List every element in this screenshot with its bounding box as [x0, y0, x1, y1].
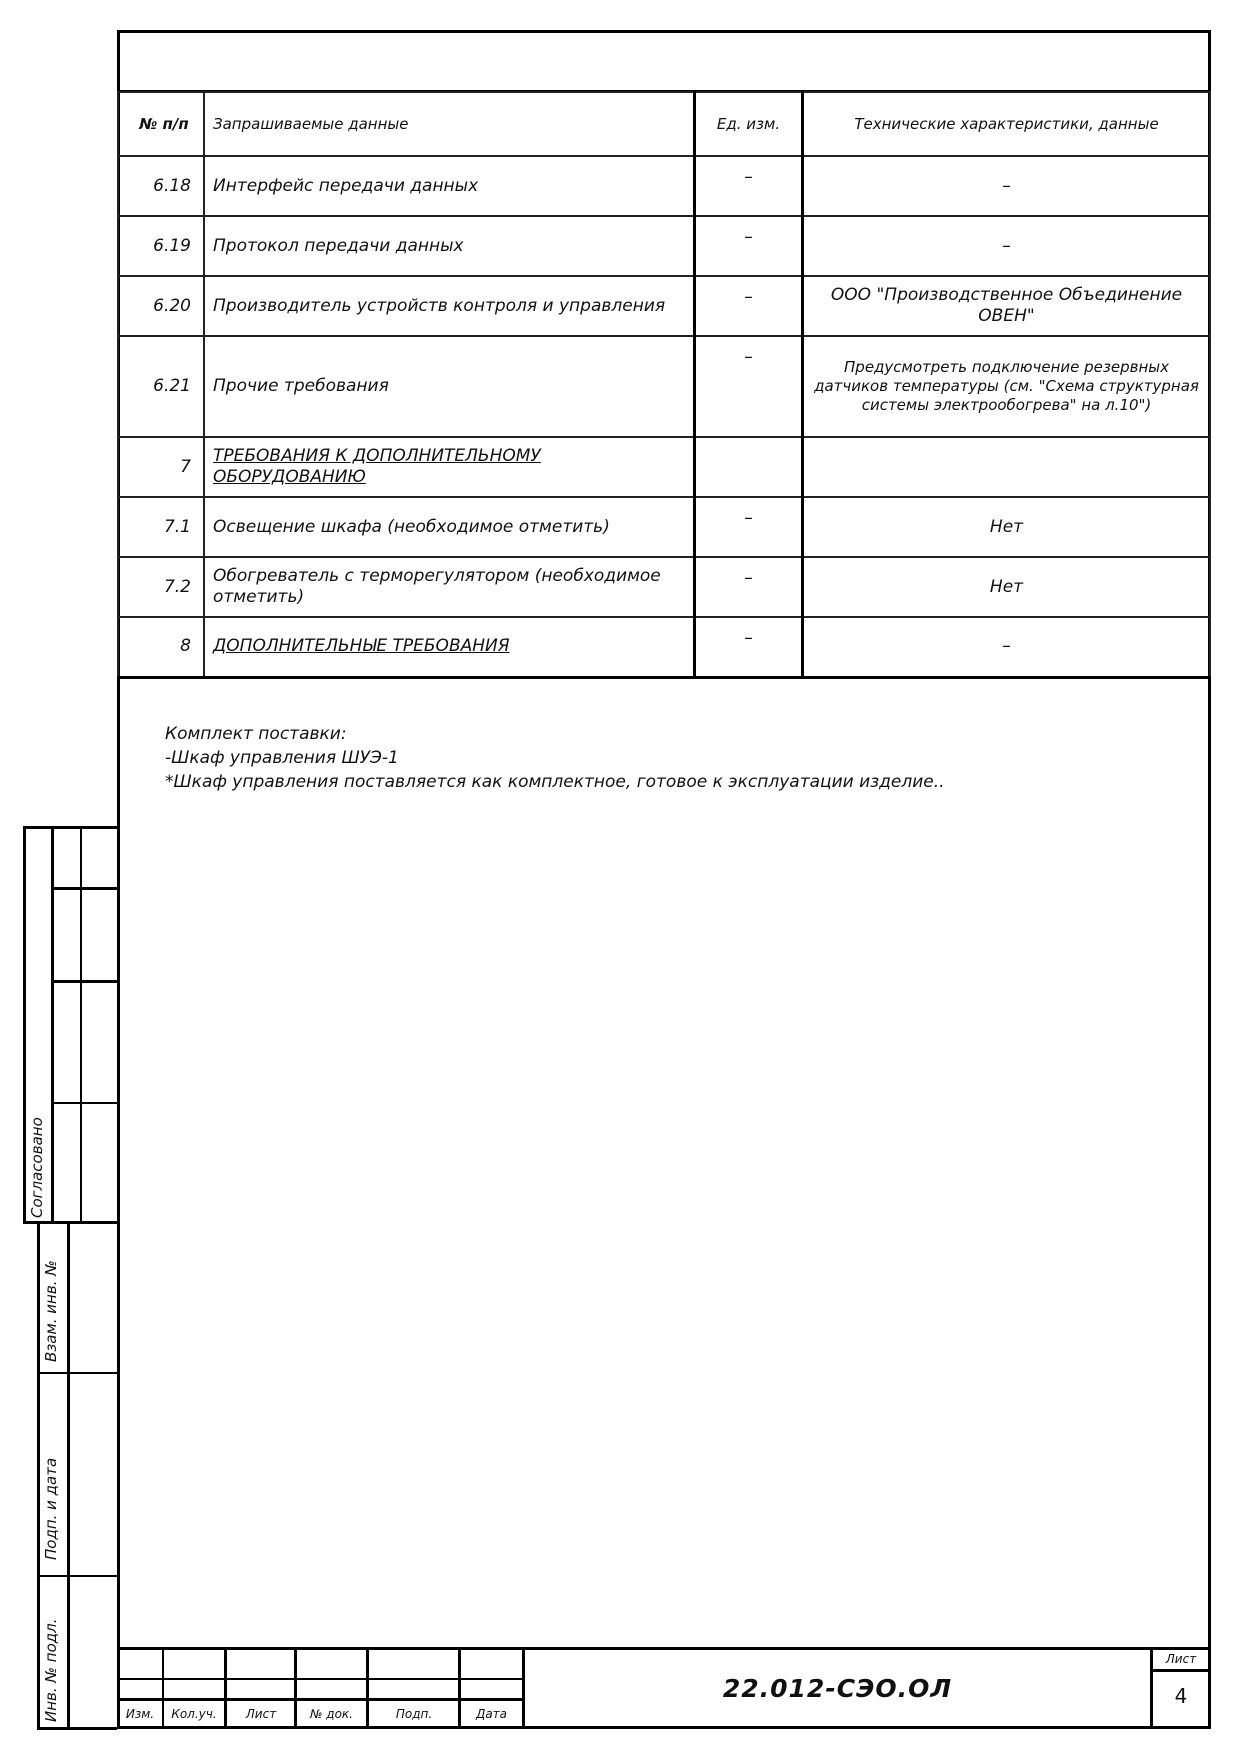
- label-doc-no: № док.: [296, 1707, 367, 1721]
- row-unit: –: [695, 276, 803, 336]
- notes-item: -Шкаф управления ШУЭ-1: [165, 746, 945, 770]
- row-spec: Нет: [803, 497, 1211, 557]
- sheet-label: Лист: [1152, 1652, 1210, 1666]
- row-unit: –: [695, 497, 803, 557]
- delivery-notes: Комплект поставки: -Шкаф управления ШУЭ-…: [165, 722, 945, 794]
- table-row: 7.2 Обогреватель с терморегулятором (нео…: [118, 557, 1210, 617]
- table-row: 6.21 Прочие требования – Предусмотреть п…: [118, 336, 1210, 437]
- document-code: 22.012-СЭО.ОЛ: [525, 1648, 1150, 1729]
- row-num: 7: [118, 437, 204, 497]
- row-num: 6.21: [118, 336, 204, 437]
- section-title: ТРЕБОВАНИЯ К ДОПОЛНИТЕЛЬНОМУ ОБОРУДОВАНИ…: [204, 437, 695, 497]
- row-spec: [803, 437, 1211, 497]
- agreed-label: Согласовано: [28, 1117, 46, 1218]
- table-row: 6.19 Протокол передачи данных – –: [118, 216, 1210, 276]
- header-strip: [117, 30, 1211, 93]
- header-unit: Ед. изм.: [695, 92, 803, 156]
- spec-table: № п/п Запрашиваемые данные Ед. изм. Техн…: [117, 91, 1211, 679]
- sign-date-label: Подп. и дата: [42, 1458, 60, 1560]
- row-unit: –: [695, 156, 803, 216]
- row-unit: –: [695, 617, 803, 677]
- replace-inv-label: Взам. инв. №: [42, 1260, 60, 1362]
- row-unit: –: [695, 557, 803, 617]
- row-spec: ООО "Производственное Объединение ОВЕН": [803, 276, 1211, 336]
- label-change: Изм.: [117, 1707, 163, 1721]
- row-num: 7.2: [118, 557, 204, 617]
- row-num: 7.1: [118, 497, 204, 557]
- row-name: Обогреватель с терморегулятором (необход…: [204, 557, 695, 617]
- table-row-section: 7 ТРЕБОВАНИЯ К ДОПОЛНИТЕЛЬНОМУ ОБОРУДОВА…: [118, 437, 1210, 497]
- inv-orig-label: Инв. № подл.: [42, 1619, 60, 1722]
- label-qty: Кол.уч.: [163, 1707, 225, 1721]
- table-row-section: 8 ДОПОЛНИТЕЛЬНЫЕ ТРЕБОВАНИЯ – –: [118, 617, 1210, 677]
- table-header-row: № п/п Запрашиваемые данные Ед. изм. Техн…: [118, 92, 1210, 156]
- row-spec: Предусмотреть подключение резервных датч…: [803, 336, 1211, 437]
- row-num: 6.18: [118, 156, 204, 216]
- table-row: 6.20 Производитель устройств контроля и …: [118, 276, 1210, 336]
- label-date: Дата: [460, 1707, 523, 1721]
- row-unit: [695, 437, 803, 497]
- section-title: ДОПОЛНИТЕЛЬНЫЕ ТРЕБОВАНИЯ: [204, 617, 695, 677]
- row-name: Освещение шкафа (необходимое отметить): [204, 497, 695, 557]
- row-unit: –: [695, 336, 803, 437]
- header-num: № п/п: [118, 92, 204, 156]
- row-num: 8: [118, 617, 204, 677]
- row-unit: –: [695, 216, 803, 276]
- sheet-number: 4: [1152, 1684, 1210, 1708]
- row-spec: –: [803, 216, 1211, 276]
- header-name: Запрашиваемые данные: [204, 92, 695, 156]
- table-row: 6.18 Интерфейс передачи данных – –: [118, 156, 1210, 216]
- row-name: Прочие требования: [204, 336, 695, 437]
- header-spec: Технические характеристики, данные: [803, 92, 1211, 156]
- label-sheet: Лист: [226, 1707, 296, 1721]
- row-num: 6.20: [118, 276, 204, 336]
- row-name: Интерфейс передачи данных: [204, 156, 695, 216]
- row-num: 6.19: [118, 216, 204, 276]
- row-name: Протокол передачи данных: [204, 216, 695, 276]
- row-name: Производитель устройств контроля и управ…: [204, 276, 695, 336]
- row-spec: –: [803, 617, 1211, 677]
- label-sign: Подп.: [368, 1707, 460, 1721]
- table-row: 7.1 Освещение шкафа (необходимое отметит…: [118, 497, 1210, 557]
- notes-remark: *Шкаф управления поставляется как компле…: [165, 770, 945, 794]
- row-spec: Нет: [803, 557, 1211, 617]
- notes-title: Комплект поставки:: [165, 722, 945, 746]
- row-spec: –: [803, 156, 1211, 216]
